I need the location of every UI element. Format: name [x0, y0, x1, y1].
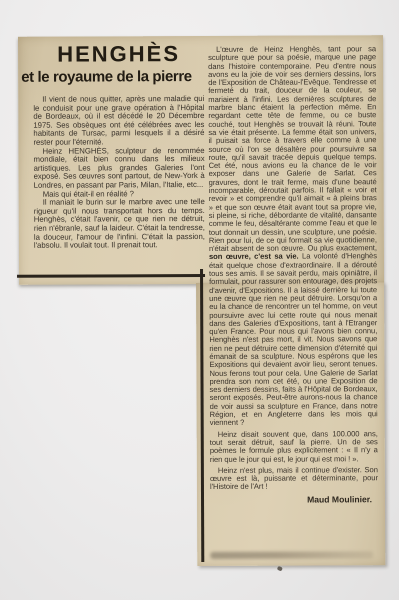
paragraph-text: L'œuvre de Heinz Henghès, tant pour sa s…: [208, 45, 377, 253]
article-paragraph: Heinz HENGHÈS, sculpteur de renommée mon…: [33, 147, 204, 191]
scanned-page-background: HENGHÈS et le royaume de la pierre Il vi…: [0, 0, 399, 600]
article-paragraph: Il vient de nous quitter, après une mala…: [33, 95, 204, 147]
ink-smudge: [210, 551, 373, 559]
left-column: HENGHÈS et le royaume de la pierre Il vi…: [33, 41, 205, 250]
newspaper-clipping: HENGHÈS et le royaume de la pierre Il vi…: [18, 35, 385, 568]
article-title: HENGHÈS: [33, 41, 204, 67]
article-paragraph: Il maniait le burin sur le marbre avec u…: [34, 198, 205, 250]
article-paragraph: Heinz disait souvent que, dans 100.000 a…: [210, 430, 378, 464]
article-paragraph: L'œuvre de Heinz Henghès, tant pour sa s…: [208, 45, 378, 427]
paper-speck: [277, 566, 283, 572]
article-paragraph: Heinz n'est plus, mais il continue d'exi…: [210, 466, 378, 492]
article-subtitle: et le royaume de la pierre: [21, 68, 217, 87]
paragraph-text: La volonté d'Henghès était quelque chose…: [209, 252, 378, 428]
author-signature: Maud Moulinier.: [210, 494, 378, 505]
right-column: L'œuvre de Heinz Henghès, tant pour sa s…: [208, 45, 378, 562]
